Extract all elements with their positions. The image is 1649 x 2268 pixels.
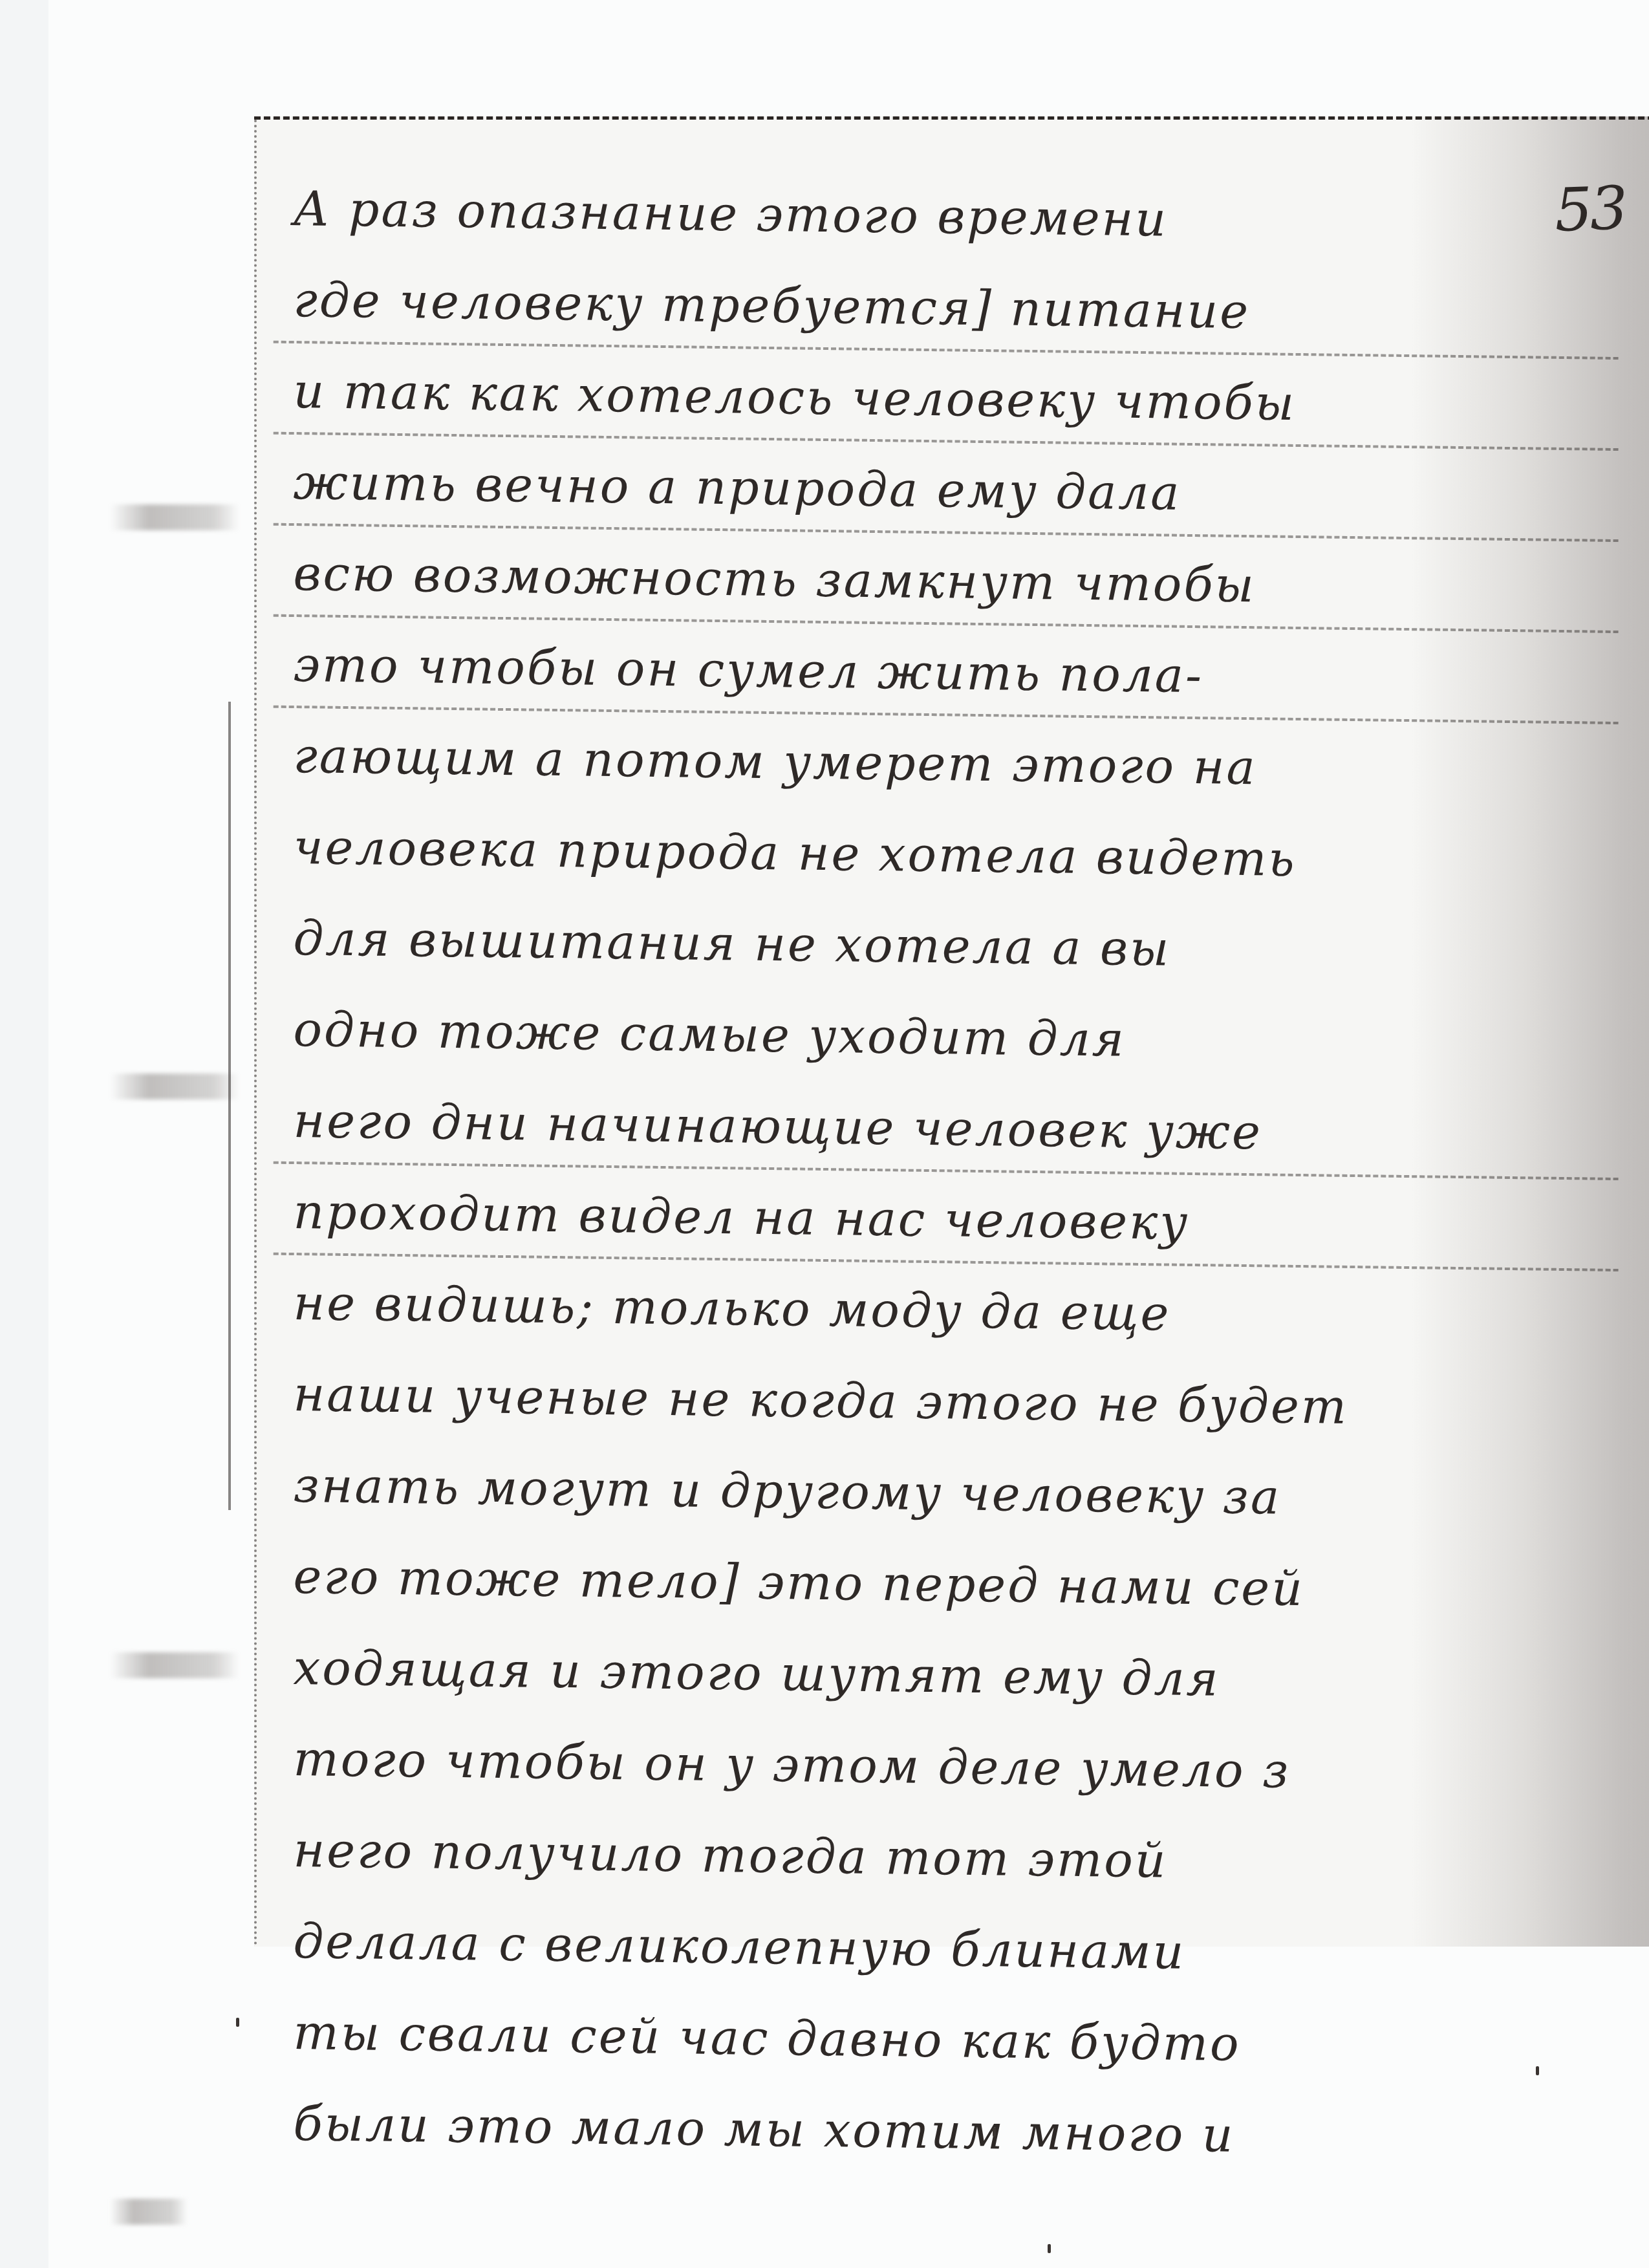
handwritten-line: всю возможность замкнут чтобы bbox=[293, 510, 1568, 617]
scanner-smudge bbox=[110, 1074, 239, 1099]
handwritten-line: его тоже тело] это перед нами сей bbox=[293, 1513, 1568, 1620]
handwritten-line: ты свали сей час давно как будто bbox=[293, 1969, 1568, 2076]
handwritten-line: знать могут и другому человеку за bbox=[293, 1422, 1568, 1529]
handwritten-line: него получило тогда тот этой bbox=[293, 1787, 1568, 1894]
toner-speck bbox=[1048, 2244, 1051, 2253]
handwritten-line: наши ученые не когда этого не будет bbox=[293, 1331, 1568, 1438]
handwritten-line: не видишь; только моду да еще bbox=[293, 1240, 1568, 1346]
handwritten-line: гающим а потом умерет этого на bbox=[293, 693, 1568, 799]
handwritten-line: для вышитания не хотела а вы bbox=[293, 875, 1568, 982]
handwritten-line: это чтобы он сумел жить пола- bbox=[293, 601, 1568, 708]
handwritten-line: где человеку требуется] питание bbox=[293, 237, 1568, 343]
photocopied-handwriting-region: 53 А раз опазнание этого времени где чел… bbox=[254, 116, 1649, 1947]
handwritten-text-block: А раз опазнание этого времени где челове… bbox=[293, 146, 1567, 2152]
handwritten-line: и так как хотелось человеку чтобы bbox=[293, 328, 1568, 435]
handwritten-line: были это мало мы хотим много и bbox=[293, 2060, 1568, 2167]
toner-speck bbox=[1536, 2066, 1539, 2075]
scanner-smudge bbox=[110, 1652, 239, 1678]
handwritten-line: того чтобы он у этом деле умело з bbox=[293, 1696, 1568, 1802]
scanner-smudge bbox=[110, 504, 239, 530]
handwritten-line: А раз опазнание этого времени bbox=[293, 146, 1568, 252]
toner-speck bbox=[993, 2128, 996, 2137]
toner-speck bbox=[236, 2018, 239, 2027]
handwritten-line: проходит видел на нас человеку bbox=[293, 1149, 1568, 1255]
handwritten-line: делала с великолепную блинами bbox=[293, 1878, 1568, 1985]
handwritten-line: ходящая и этого шутят ему для bbox=[293, 1604, 1568, 1711]
handwritten-line: одно тоже самые уходит для bbox=[293, 966, 1568, 1073]
paper-sheet: 53 А раз опазнание этого времени где чел… bbox=[48, 0, 1649, 2268]
handwritten-line: него дни начинающие человек уже bbox=[293, 1057, 1568, 1164]
handwritten-line: жить вечно а природа ему дала bbox=[293, 419, 1568, 526]
scanner-smudge bbox=[110, 2199, 188, 2225]
handwritten-line: человека природа не хотела видеть bbox=[293, 784, 1568, 891]
